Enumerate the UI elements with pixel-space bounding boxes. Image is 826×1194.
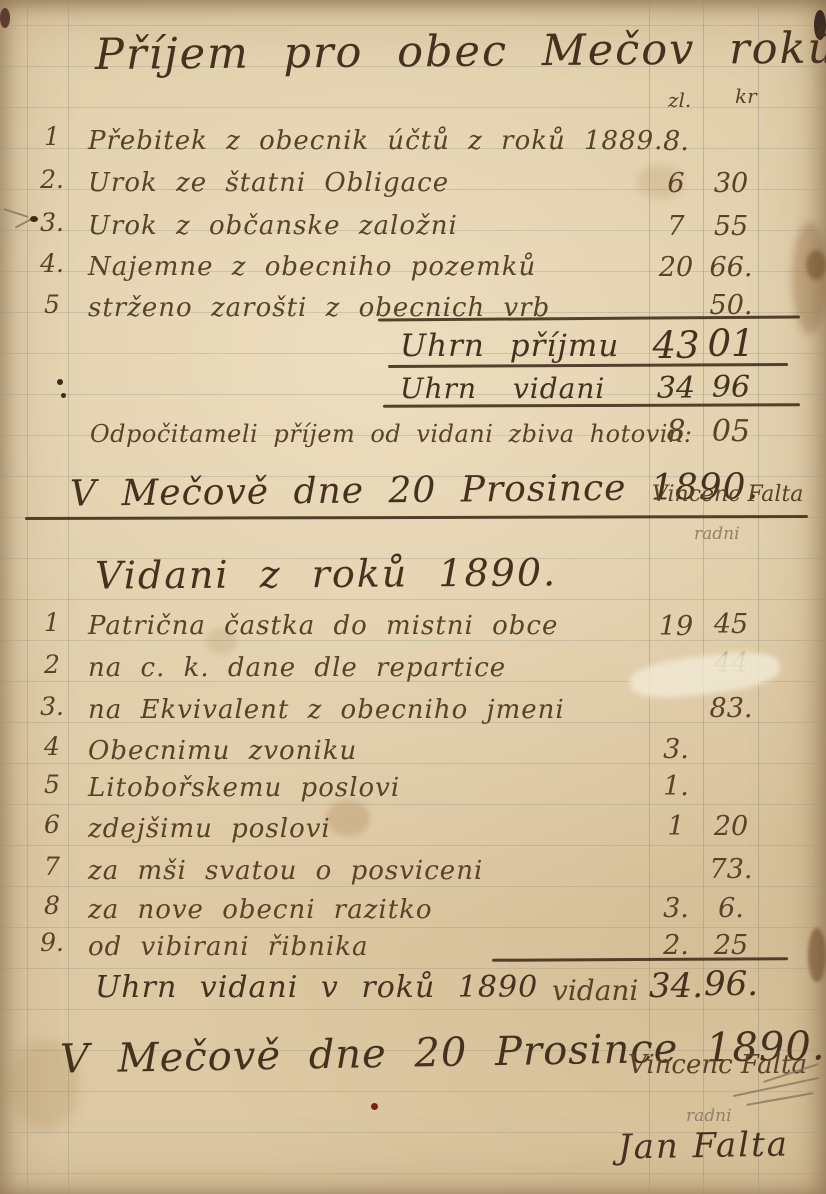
row-number: 5 bbox=[34, 290, 70, 319]
signature-2: Jan Falta bbox=[618, 1125, 790, 1168]
amount-kr: 96. bbox=[703, 964, 759, 1004]
amount-zl: 3. bbox=[649, 734, 703, 765]
amount-zl: 6 bbox=[649, 168, 703, 199]
ink-blot bbox=[61, 393, 66, 398]
row-description: Urok ze štatni Obligace bbox=[88, 168, 449, 198]
row-description: na Ekvivalent z obecniho jmeni bbox=[88, 695, 565, 725]
amount-zl: 34. bbox=[649, 966, 703, 1006]
amount-kr: 05 bbox=[703, 414, 759, 449]
row-number: 3. bbox=[34, 692, 70, 721]
row-description: za mši svatou o posviceni bbox=[88, 856, 483, 886]
row-number: 1 bbox=[34, 122, 70, 151]
sum-label: Uhrn příjmu bbox=[400, 328, 619, 364]
signer-role: radni bbox=[694, 524, 740, 544]
row-number: 2. bbox=[34, 165, 70, 194]
row-number: 2 bbox=[34, 650, 70, 679]
amount-kr: 83. bbox=[703, 693, 759, 724]
ledger-page: Příjem pro obec Mečov roků 1890. zl. kr … bbox=[0, 0, 826, 1194]
row-description: od vibirani řibnika bbox=[88, 932, 368, 962]
amount-kr: 55 bbox=[703, 211, 759, 242]
total-label: Uhrn vidani v roků 1890 bbox=[95, 970, 538, 1005]
row-number: 6 bbox=[34, 810, 70, 839]
amount-kr: 01 bbox=[703, 322, 759, 365]
sum-label: Uhrn vidani bbox=[400, 372, 605, 405]
row-description: Najemne z obecniho pozemků bbox=[88, 252, 536, 282]
row-number: 9. bbox=[34, 928, 70, 957]
amount-zl: 2. bbox=[649, 930, 703, 961]
amount-kr: 6. bbox=[703, 893, 759, 924]
total-prefix: vidani bbox=[552, 974, 638, 1007]
row-number: 3. bbox=[34, 208, 70, 237]
ink-blot bbox=[57, 379, 63, 385]
amount-zl: 43 bbox=[649, 324, 703, 367]
amount-zl: 3. bbox=[649, 893, 703, 924]
row-description: za nove obecni razitko bbox=[88, 895, 433, 925]
row-number: 4 bbox=[34, 732, 70, 761]
amount-kr: 30 bbox=[703, 168, 759, 199]
income-title: Příjem pro obec Mečov roků 1890. bbox=[95, 22, 826, 80]
amount-kr: 20 bbox=[703, 811, 759, 842]
amount-zl: 7 bbox=[649, 211, 703, 242]
row-description: Přebitek z obecnik účtů z roků 1889. bbox=[88, 126, 663, 156]
amount-zl: 20 bbox=[649, 252, 703, 283]
row-description: na c. k. dane dle repartice bbox=[88, 653, 506, 683]
column-header-kr: kr bbox=[735, 84, 757, 108]
balance-label: Odpočitameli příjem od vidani zbiva hoto… bbox=[90, 420, 692, 448]
row-description: zdejšimu poslovi bbox=[88, 814, 331, 844]
amount-kr: 66. bbox=[703, 252, 759, 283]
amount-kr: 25 bbox=[703, 930, 759, 961]
amount-zl: 8 bbox=[649, 414, 703, 449]
row-description: Urok z občanske založni bbox=[88, 211, 458, 241]
row-number: 4. bbox=[34, 249, 70, 278]
amount-zl: 8. bbox=[649, 126, 703, 157]
row-description: Patrična častka do mistni obce bbox=[88, 611, 558, 641]
amount-zl: 1 bbox=[649, 811, 703, 842]
amount-kr: 73. bbox=[703, 854, 759, 885]
row-description: Obecnimu zvoniku bbox=[88, 736, 357, 766]
signer-role: radni bbox=[686, 1106, 732, 1126]
amount-zl: 34 bbox=[649, 371, 703, 406]
row-number: 7 bbox=[34, 852, 70, 881]
signature: Vincenc Falta bbox=[652, 482, 803, 507]
row-number: 5 bbox=[34, 770, 70, 799]
row-number: 1 bbox=[34, 608, 70, 637]
left-margin-line bbox=[27, 0, 28, 1194]
amount-zl: 19 bbox=[649, 611, 703, 642]
amount-zl: 1. bbox=[649, 771, 703, 802]
expenses-title: Vidani z roků 1890. bbox=[95, 550, 557, 597]
row-description: Litobořskemu poslovi bbox=[88, 773, 400, 803]
amount-kr: 45 bbox=[703, 609, 759, 640]
row-number: 8 bbox=[34, 891, 70, 920]
column-header-zl: zl. bbox=[668, 88, 691, 112]
amount-kr: 96 bbox=[703, 370, 759, 405]
